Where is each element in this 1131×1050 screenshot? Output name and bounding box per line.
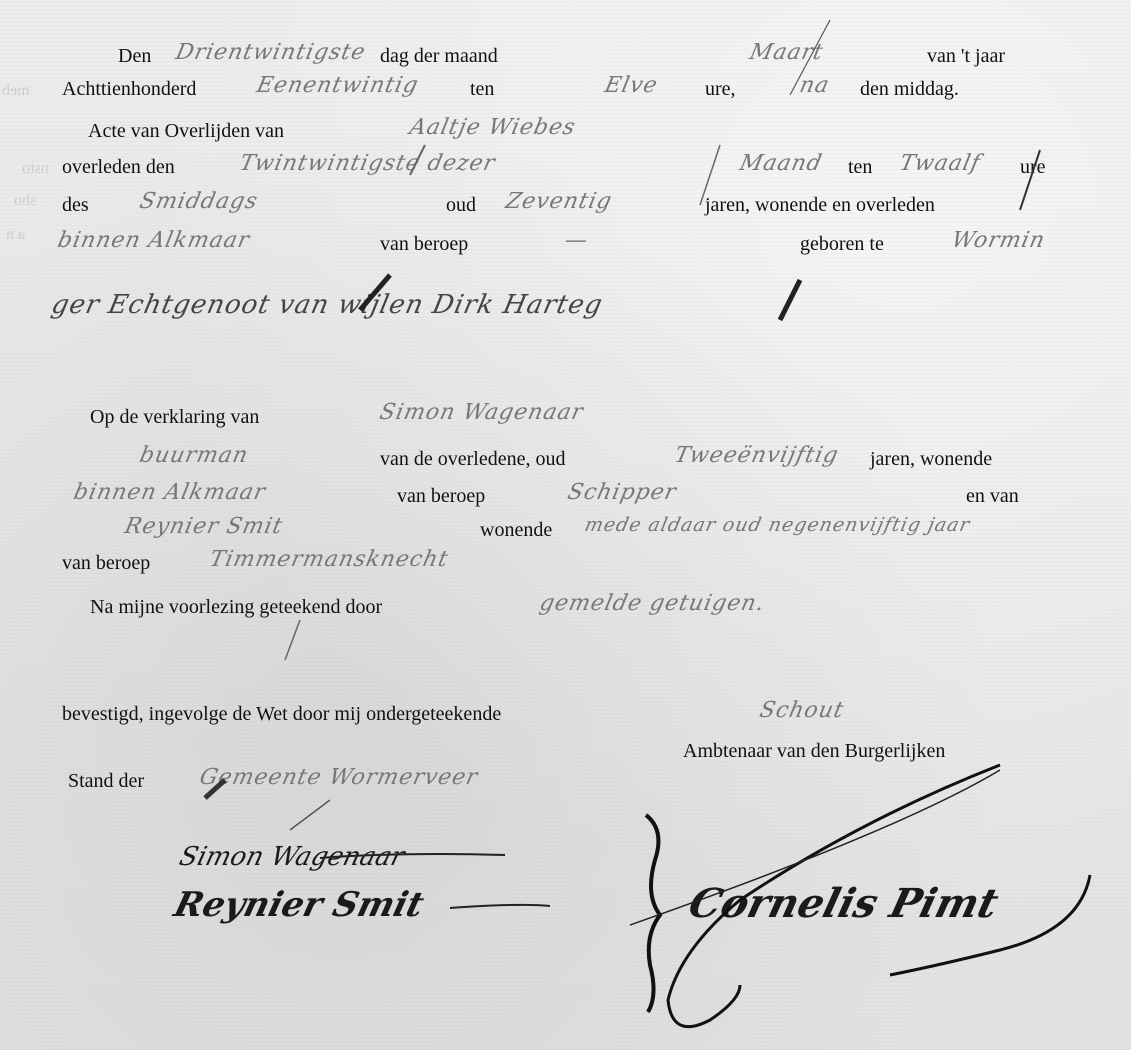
handwritten-deceased-name: Aaltje Wiebes — [407, 115, 578, 140]
handwritten-age: Zeventig — [503, 189, 614, 214]
handwritten-witness-occupation: Timmermansknecht — [207, 547, 451, 572]
handwritten-death-hour: Twaalf — [897, 151, 982, 176]
handwritten-ampm: na — [797, 73, 832, 98]
printed-text: Na mijne voorlezing geteekend door — [90, 596, 382, 619]
printed-text: van beroep — [62, 552, 150, 575]
printed-text: dag der maand — [380, 45, 498, 68]
printed-text: ure, — [705, 78, 736, 101]
bleed-through-text: nsto — [22, 160, 49, 178]
printed-text: wonende — [480, 519, 552, 542]
printed-text: Ambtenaar van den Burgerlijken — [683, 740, 945, 763]
bleed-through-text: meb — [2, 82, 30, 100]
handwritten-declarant-residence: binnen Alkmaar — [71, 480, 268, 505]
printed-text: den middag. — [860, 78, 959, 101]
handwritten-time-of-day: Smiddags — [137, 189, 260, 214]
handwritten-declarant-name: Simon Wagenaar — [377, 400, 586, 425]
bleed-through-text: sho — [14, 192, 36, 210]
printed-text: en van — [966, 485, 1019, 508]
printed-text: Acte van Overlijden van — [88, 120, 284, 143]
printed-text: van de overledene, oud — [380, 448, 565, 471]
printed-text: Op de verklaring van — [90, 406, 259, 429]
printed-text: van beroep — [397, 485, 485, 508]
handwritten-witness-name: Reynier Smit — [122, 514, 285, 539]
handwritten-municipality: Gemeente Wormerveer — [197, 765, 480, 790]
signature-witness-2: Reynier Smit — [170, 885, 428, 925]
printed-text: jaren, wonende — [870, 448, 992, 471]
handwritten-month: Maart — [747, 40, 825, 65]
printed-text: ure — [1020, 156, 1046, 179]
handwritten-witness-residence-age: mede aldaar oud negenenvijftig jaar — [583, 514, 972, 536]
handwritten-hour: Elve — [602, 73, 660, 98]
printed-text: Achttienhonderd — [62, 78, 196, 101]
handwritten-relation: buurman — [137, 443, 250, 468]
signature-official: Cornelis Pimt — [684, 880, 1003, 927]
printed-text: van 't jaar — [927, 45, 1005, 68]
printed-text: ten — [848, 156, 872, 179]
printed-text: geboren te — [800, 233, 884, 256]
handwritten-year: Eenentwintig — [254, 73, 421, 98]
printed-text: van beroep — [380, 233, 468, 256]
printed-text: overleden den — [62, 156, 175, 179]
handwritten-declarant-age: Tweeënvijftig — [672, 443, 841, 468]
handwritten-official-title: Schout — [757, 698, 846, 723]
handwritten-declarant-occupation: Schipper — [565, 480, 679, 505]
printed-text: bevestigd, ingevolge de Wet door mij ond… — [62, 703, 501, 726]
printed-text: ten — [470, 78, 494, 101]
handwritten-birthplace: Wormin — [949, 228, 1047, 253]
handwritten-spouse: ger Echtgenoot van wijlen Dirk Harteg — [49, 290, 606, 320]
printed-text: des — [62, 194, 89, 217]
printed-text: Den — [118, 45, 151, 68]
printed-text: jaren, wonende en overleden — [705, 194, 935, 217]
handwritten-death-day: Twintwintigste dezer — [237, 151, 497, 176]
bleed-through-text: a n — [6, 226, 25, 244]
printed-text: oud — [446, 194, 476, 217]
handwritten-signed-by: gemelde getuigen. — [537, 591, 767, 616]
handwritten-residence: binnen Alkmaar — [55, 228, 252, 253]
handwritten-death-month: Maand — [737, 151, 824, 176]
signature-witness-1: Simon Wagenaar — [176, 842, 407, 872]
printed-text: Stand der — [68, 770, 144, 793]
handwritten-day: Drientwintigste — [173, 40, 368, 65]
